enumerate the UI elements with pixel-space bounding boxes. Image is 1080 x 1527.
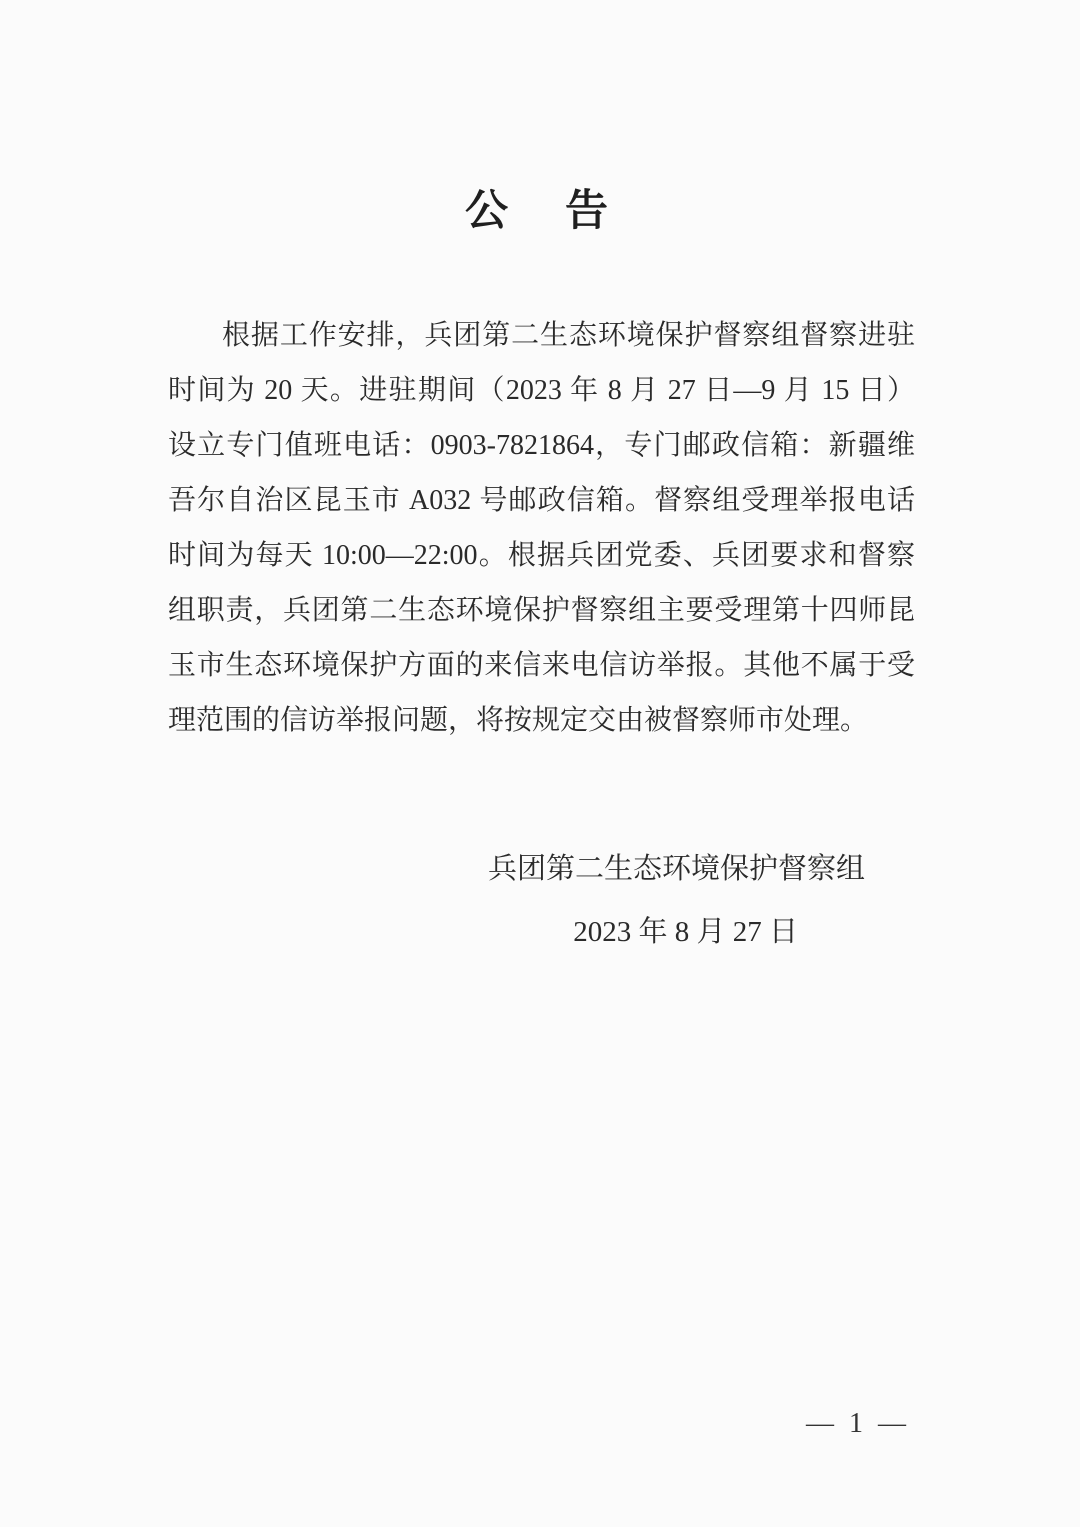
signature-org: 兵团第二生态环境保护督察组 <box>0 842 1080 897</box>
announcement-page: 公 告 根据工作安排，兵团第二生态环境保护督察组督察进驻 时间为 20 天。进驻… <box>0 0 1080 1527</box>
paragraph-line: 时间为每天 10:00—22:00。根据兵团党委、兵团要求和督察 <box>168 528 915 583</box>
paragraph-line: 设立专门值班电话：0903-7821864，专门邮政信箱：新疆维 <box>168 418 915 473</box>
paragraph-line: 根据工作安排，兵团第二生态环境保护督察组督察进驻 <box>168 308 915 363</box>
document-body: 根据工作安排，兵团第二生态环境保护督察组督察进驻 时间为 20 天。进驻期间（2… <box>168 308 915 748</box>
paragraph-line: 时间为 20 天。进驻期间（2023 年 8 月 27 日—9 月 15 日） <box>168 363 915 418</box>
paragraph-line: 吾尔自治区昆玉市 A032 号邮政信箱。督察组受理举报电话 <box>168 473 915 528</box>
signature-date: 2023 年 8 月 27 日 <box>0 905 1080 960</box>
page-number: — 1 — <box>806 1404 910 1444</box>
paragraph-line: 理范围的信访举报问题，将按规定交由被督察师市处理。 <box>168 693 915 748</box>
paragraph-line: 玉市生态环境保护方面的来信来电信访举报。其他不属于受 <box>168 638 915 693</box>
document-title: 公 告 <box>0 190 1080 233</box>
paragraph-line: 组职责，兵团第二生态环境保护督察组主要受理第十四师昆 <box>168 583 915 638</box>
